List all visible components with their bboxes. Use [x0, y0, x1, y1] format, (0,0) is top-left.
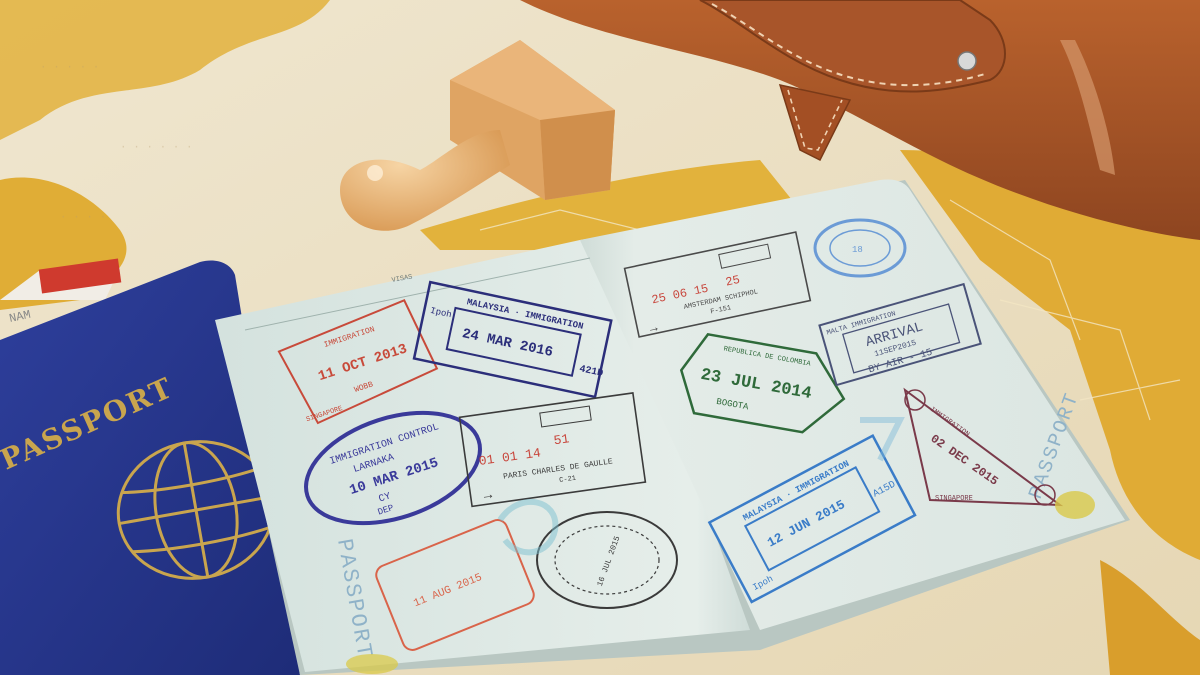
- svg-text:· · · · ·: · · · · ·: [40, 62, 99, 74]
- svg-text:· · · ·: · · · ·: [60, 212, 106, 224]
- svg-text:18: 18: [852, 245, 863, 255]
- svg-text:51: 51: [553, 431, 571, 448]
- photo-scene: · · · · · · · · · · · · · · · NAM PASSPO…: [0, 0, 1200, 675]
- svg-text:25: 25: [724, 273, 741, 290]
- rivet-icon: [958, 52, 976, 70]
- svg-text:· · · · · ·: · · · · · ·: [120, 142, 193, 154]
- svg-text:SINGAPORE: SINGAPORE: [935, 495, 973, 503]
